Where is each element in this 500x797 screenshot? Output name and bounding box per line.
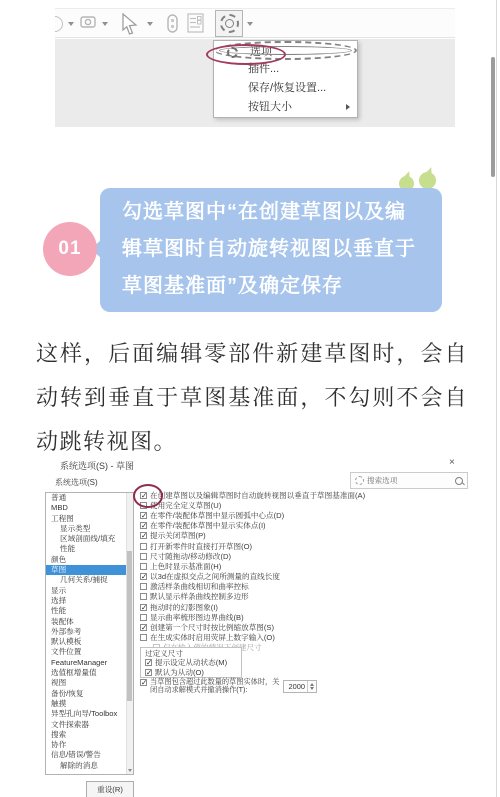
- reset-button[interactable]: 重设(R): [86, 781, 134, 797]
- search-icon[interactable]: [455, 477, 463, 485]
- overdefined-dimensions-group: 过定义尺寸 提示设定从动状态(M) 默认为从动(O): [140, 647, 242, 678]
- category-label: 异型孔向导/Toolbox: [51, 709, 117, 718]
- category-label: 协作: [51, 740, 66, 749]
- menu-item-label: 选项: [250, 46, 272, 58]
- option-checkbox-row[interactable]: 使用完全定义草图(U): [140, 500, 466, 510]
- menu-item[interactable]: 插件...: [214, 60, 357, 79]
- category-label: 文件探索器: [51, 720, 89, 729]
- spin-up-icon[interactable]: [310, 683, 314, 686]
- dropdown-caret-icon[interactable]: [147, 22, 153, 26]
- option-checkbox-row[interactable]: 打开新零件时直接打开草图(O): [140, 541, 466, 551]
- submenu-arrow-icon: [346, 104, 350, 110]
- category-item[interactable]: 协作: [46, 740, 133, 750]
- option-checkbox-row[interactable]: 显示曲率梳形图边界曲线(B): [140, 612, 466, 622]
- options-dropdown-menu: 选项 插件... 保存/恢复设置... 按钮大小: [213, 40, 358, 118]
- category-label: 装配体: [51, 617, 74, 626]
- checkbox-icon[interactable]: [140, 563, 147, 570]
- checkbox-icon[interactable]: [145, 669, 152, 676]
- category-label: 外部参考: [51, 627, 81, 636]
- category-label: 工程图: [51, 514, 74, 523]
- search-gear-icon: [355, 476, 364, 485]
- checkbox-icon[interactable]: [140, 492, 147, 499]
- category-item[interactable]: 性能: [46, 606, 133, 616]
- checkbox-icon[interactable]: [140, 512, 147, 519]
- checkbox-icon[interactable]: [145, 659, 152, 666]
- category-item[interactable]: 搜索: [46, 730, 133, 740]
- category-item[interactable]: 选择: [46, 596, 133, 606]
- checkbox-icon[interactable]: [140, 532, 147, 539]
- gear-icon: [220, 14, 239, 33]
- category-item[interactable]: 解除的消息: [46, 761, 133, 771]
- category-item[interactable]: 文件位置: [46, 647, 133, 657]
- banner-line-2: 辑草图时自动旋转视图以垂直于: [122, 231, 420, 268]
- option-checkbox-row[interactable]: 尺寸随拖动/移动修改(D): [140, 551, 466, 561]
- menu-item[interactable]: 选项: [214, 41, 357, 60]
- category-label: 普通: [51, 493, 66, 502]
- menu-item-label: 插件...: [248, 63, 279, 75]
- category-label: 区域剖面线/填充: [60, 534, 115, 543]
- tab-system-options[interactable]: 系统选项(S): [55, 477, 98, 488]
- category-item[interactable]: 显示类型: [46, 524, 133, 534]
- checkbox-icon[interactable]: [140, 583, 147, 590]
- dropdown-caret-icon[interactable]: [68, 22, 74, 26]
- checkbox-icon[interactable]: [140, 634, 147, 641]
- gear-dropdown-caret-icon[interactable]: [247, 22, 253, 26]
- camera-icon[interactable]: [80, 14, 97, 29]
- body-paragraph: 这样，后面编辑零部件新建草图时，会自动转到垂直于草图基准面，不勾则不会自动跳转视…: [36, 332, 468, 464]
- category-item[interactable]: 普通: [46, 493, 133, 503]
- category-label: MBD: [51, 503, 68, 512]
- category-item[interactable]: 文件探索器: [46, 720, 133, 730]
- close-icon[interactable]: ×: [449, 457, 455, 468]
- search-input[interactable]: [367, 476, 452, 485]
- category-label: FeatureManager: [51, 658, 107, 667]
- search-box[interactable]: [350, 472, 468, 489]
- option-checkbox-row[interactable]: 拖动时的幻影图象(I): [140, 602, 466, 612]
- category-item[interactable]: 性能: [46, 544, 133, 554]
- checkbox-icon[interactable]: [140, 553, 147, 560]
- dropdown-caret-icon[interactable]: [102, 22, 108, 26]
- options-category-list: 普通 MBD 工程图 显示类型 区域剖面线/填充 性能 颜色 草图 几何关系/捕…: [45, 492, 134, 775]
- partial-circle-icon[interactable]: [55, 16, 63, 32]
- dialog-title: 系统选项(S) - 草图: [60, 459, 134, 472]
- capsule-icon[interactable]: [167, 14, 179, 34]
- option-label: 当草图包含超过此数量的草图实体时，关闭自动求解模式并撤消操作(T):: [150, 678, 286, 694]
- category-item[interactable]: 工程图: [46, 514, 133, 524]
- step-banner: 勾选草图中“在创建草图以及编 辑草图时自动旋转视图以垂直于 草图基准面”及确定保…: [100, 188, 442, 312]
- category-label: 默认模板: [51, 637, 81, 646]
- category-item[interactable]: 装配体: [46, 617, 133, 627]
- banner-line-3: 草图基准面”及确定保存: [122, 268, 420, 305]
- category-label: 性能: [51, 606, 66, 615]
- menu-item[interactable]: 保存/恢复设置...: [214, 79, 357, 98]
- option-checkbox-row[interactable]: 以3d在虚拟交点之间所测量的直线长度: [140, 572, 466, 582]
- category-item[interactable]: 颜色: [46, 555, 133, 565]
- category-item[interactable]: FeatureManager: [46, 658, 133, 668]
- category-item[interactable]: MBD: [46, 503, 133, 513]
- category-item[interactable]: 草图: [46, 565, 133, 575]
- checkbox-icon[interactable]: [140, 624, 147, 631]
- report-list-icon[interactable]: [187, 13, 204, 33]
- category-item[interactable]: 异型孔向导/Toolbox: [46, 709, 133, 719]
- category-label: 草图: [51, 565, 66, 574]
- checkbox-icon[interactable]: [140, 614, 147, 621]
- menu-item-label: 按钮大小: [248, 101, 292, 113]
- checkbox-icon[interactable]: [140, 573, 147, 580]
- category-label: 颜色: [51, 555, 66, 564]
- option-checkbox-row[interactable]: 在创建草图以及编辑草图时自动旋转视图以垂直于草图基准面(A): [140, 490, 466, 500]
- category-label: 信息/错误/警告: [51, 750, 101, 759]
- category-item[interactable]: 视图: [46, 678, 133, 688]
- category-label: 备份/恢复: [51, 689, 83, 698]
- category-item[interactable]: 默认模板: [46, 637, 133, 647]
- option-checkbox-row[interactable]: 提示关闭草图(P): [140, 531, 466, 541]
- category-item[interactable]: 备份/恢复: [46, 689, 133, 699]
- category-item[interactable]: 显示: [46, 586, 133, 596]
- category-label: 搜索: [51, 730, 66, 739]
- checkbox-icon[interactable]: [140, 604, 147, 611]
- option-checkbox-row[interactable]: 创建第一个尺寸时按比例缩放草图(S): [140, 622, 466, 632]
- category-item[interactable]: 触摸: [46, 699, 133, 709]
- option-checkbox-row[interactable]: 在零件/装配体草图中显示实体点(I): [140, 521, 466, 531]
- quote-icon: [419, 172, 436, 189]
- page-scrollbar-thumb[interactable]: [491, 57, 495, 177]
- category-label: 选值框增量值: [51, 668, 97, 677]
- checkbox-icon[interactable]: [140, 593, 147, 600]
- spin-down-icon[interactable]: [310, 687, 314, 690]
- option-checkbox-row[interactable]: 在零件/装配体草图中显示圆弧中心点(D): [140, 510, 466, 520]
- toolbar-screenshot: 选项 插件... 保存/恢复设置... 按钮大小: [55, 5, 455, 127]
- category-item[interactable]: 区域剖面线/填充: [46, 534, 133, 544]
- page-right-border: [496, 0, 497, 797]
- checkbox-icon[interactable]: [140, 679, 147, 686]
- category-label: 视图: [51, 678, 66, 687]
- option-checkbox-row[interactable]: 上色时显示基准面(H): [140, 561, 466, 571]
- option-checkbox-row[interactable]: 激活样条曲线相切和曲率控标: [140, 582, 466, 592]
- sketch-options-panel: 在创建草图以及编辑草图时自动旋转视图以垂直于草图基准面(A) 使用完全定义草图(…: [140, 490, 466, 653]
- category-label: 触摸: [51, 699, 66, 708]
- checkbox-icon[interactable]: [140, 522, 147, 529]
- checkbox-icon[interactable]: [140, 543, 147, 550]
- category-item[interactable]: 信息/错误/警告: [46, 750, 133, 760]
- category-label: 几何关系/捕捉: [60, 575, 108, 584]
- category-label: 性能: [60, 544, 75, 553]
- option-checkbox-row[interactable]: 在生成实体时启用荧屏上数字输入(O): [140, 633, 466, 643]
- spinner-value: 2000: [284, 682, 307, 691]
- list-scrollbar-thumb[interactable]: [127, 551, 132, 701]
- options-gear-button[interactable]: [215, 10, 243, 37]
- article-page: 选项 插件... 保存/恢复设置... 按钮大小 勾选: [0, 0, 500, 797]
- entity-count-spinner[interactable]: 2000: [283, 680, 317, 693]
- menu-item-label: 保存/恢复设置...: [248, 82, 326, 94]
- category-item[interactable]: 选值框增量值: [46, 668, 133, 678]
- menu-item[interactable]: 按钮大小: [214, 98, 357, 117]
- category-item[interactable]: 几何关系/捕捉: [46, 575, 133, 585]
- option-checkbox-row[interactable]: 默认显示样条曲线控制多边形: [140, 592, 466, 602]
- spinner-buttons[interactable]: [307, 681, 316, 692]
- category-label: 选择: [51, 596, 66, 605]
- category-label: 解除的消息: [60, 761, 98, 770]
- toolbar: [55, 8, 455, 38]
- option-checkbox-row[interactable]: 默认为从动(O): [145, 668, 237, 678]
- banner-line-1: 勾选草图中“在创建草图以及编: [122, 194, 420, 231]
- gear-icon: [227, 47, 238, 58]
- category-item[interactable]: 外部参考: [46, 627, 133, 637]
- scroll-down-arrow-icon[interactable]: [128, 769, 132, 772]
- category-label: 显示类型: [60, 524, 90, 533]
- checkbox-icon[interactable]: [140, 502, 147, 509]
- cursor-arrow-icon[interactable]: [118, 12, 140, 36]
- step-number-badge: 01: [43, 222, 97, 276]
- auto-solve-option-row[interactable]: 当草图包含超过此数量的草图实体时，关闭自动求解模式并撤消操作(T):: [140, 678, 286, 694]
- category-label: 显示: [51, 586, 66, 595]
- category-label: 文件位置: [51, 647, 81, 656]
